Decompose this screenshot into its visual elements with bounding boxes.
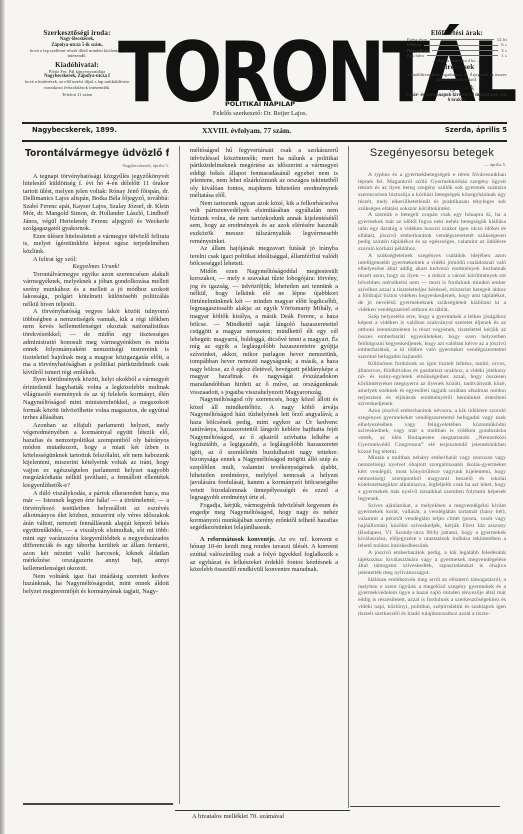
column-end-rule: [350, 806, 500, 807]
paragraph: Azon jószívű emberbarátok névsora, a kik…: [358, 408, 506, 455]
notice-paragraph: A reformátusok konventje. Az ev. ref. ko…: [190, 536, 338, 574]
article-column-2: méltóságod hű fegyvertársait csak a szok…: [190, 147, 338, 574]
column-divider: [179, 146, 180, 804]
paragraph: méltóságod hű fegyvertársait csak a szok…: [190, 147, 338, 200]
paragraph: Midőn ezen Nagyméltóságoddal megtestesül…: [190, 268, 338, 396]
paragraph: A szükségleteinek szegényes családok ide…: [358, 253, 506, 314]
paragraph: A jószívű emberbarátok pedig, a kik lega…: [358, 550, 506, 577]
editorial-office-heading: Szerkesztőségi iroda:: [22, 29, 132, 37]
supplement-note: A hivatalos melléklet 70. számával: [192, 813, 342, 820]
column-end-rule: [23, 803, 173, 805]
notice-title: A reformátusok konventje.: [200, 536, 276, 543]
editorial-note: hová a lap szellemi részét illető minden…: [22, 48, 132, 59]
paragraph: Szíves ajánlatokat, a melyekben a megven…: [358, 503, 506, 550]
newspaper-page: Szerkesztőségi iroda: Nagy-Becskerek, Zá…: [0, 0, 523, 834]
article-column-1: Torontálvármegye üdvözlő felirata. Nagyb…: [23, 147, 169, 595]
paragraph: Szép helyzetéin erre, hogy a gyermekek a…: [358, 314, 506, 361]
subscription-heading: Előfizetési árak:: [405, 29, 509, 37]
issue-date: Szerda, április 5: [445, 126, 507, 134]
volume-number: XXVIII. évfolyam. 77 szám.: [202, 126, 291, 135]
editorial-office-box: Szerkesztőségi iroda: Nagy-Becskerek, Zá…: [22, 29, 132, 97]
paragraph: Nem volnánk igaz fiai imádásig szeretett…: [23, 573, 169, 596]
paragraph: A szemük e betegeit csupán csak egy hóna…: [358, 212, 506, 253]
newspaper-subtitle: POLITIKAI NAPILAP: [150, 100, 370, 108]
article-column-3: Szegényesorsu betegek — április 5. A typ…: [358, 147, 506, 617]
ads-note: a kiadóhivatalban fogadtatnak el. Árjegy…: [405, 72, 509, 83]
dateline-rule: [22, 140, 507, 142]
paragraph: Ilyen körülmények között, helyi okokból …: [23, 376, 169, 421]
footer-rule: [175, 810, 350, 811]
page-edge-shadow: [0, 0, 5, 834]
publisher-note: hová a hirdetések, az előfizetési díjak …: [22, 79, 132, 90]
paragraph: A typhus és a gyermekbetegségek e téren …: [358, 172, 506, 213]
paragraph: Miután a multban nehány emberbarát vagy …: [358, 455, 506, 502]
phone-number: Telefon 11 szám: [22, 92, 132, 97]
paragraph: Hálásan emlékezvén meg arról az elismerő…: [358, 577, 506, 618]
paragraph: A tegnapi törvényhatósági közgyűlés jegy…: [23, 173, 169, 233]
paragraph: Az állam hajójának megzavart futását jó …: [190, 245, 338, 268]
article-dateline: Nagybecskerek, április 5.: [23, 162, 169, 170]
schedule-note: vasár- és ünnepnapok kivételével mindenn…: [405, 93, 509, 104]
paragraph: A felirat így szól:: [23, 256, 169, 264]
paragraph: Különösen fordulunk az igen tisztelt lel…: [358, 361, 506, 408]
paragraph: Nem tartozunk ugyan azok közé, kik a fel…: [190, 200, 338, 245]
column-divider: [348, 146, 349, 808]
article-dateline: — április 5.: [358, 162, 506, 169]
masthead-rule: [22, 122, 507, 124]
masthead: Szerkesztőségi iroda: Nagy-Becskerek, Zá…: [0, 0, 523, 122]
editor-line: Felelős szerkesztő: Dr. Reijer Lajos.: [150, 110, 370, 117]
salutation: Kegyelmes Urunk!: [23, 263, 169, 271]
subscription-box: Előfizetési árak: Egész évre12 frt Félév…: [405, 29, 509, 104]
paragraph: Fogadja, kérjük, vármegyénk üdvözlését k…: [190, 502, 338, 532]
paragraph: Azonban az elfajult parlamenti helyzet, …: [23, 422, 169, 490]
article-headline: Szegényesorsu betegek: [358, 147, 506, 160]
paragraph: Nagyméltóságod oly szerencsés, hogy köze…: [190, 396, 338, 502]
ads-heading: Hirdetések: [405, 63, 509, 71]
place-year: Nagybecskerek, 1899.: [32, 126, 117, 134]
paragraph: A dúló viszálykodás, a pártok elkeserede…: [23, 490, 169, 573]
article-headline: Torontálvármegye üdvözlő felirata.: [25, 147, 157, 160]
publisher-heading: Kiadóhivatal:: [22, 61, 132, 69]
paragraph: Ezen ülésen hitelesítetett a vármegye üd…: [23, 233, 169, 256]
schedule-heading: Megjelenik: [405, 84, 509, 93]
dateline: Nagybecskerek, 1899. XXVIII. évfolyam. 7…: [22, 126, 507, 138]
paragraph: A törvényhatóság vegyes lakói között tul…: [23, 308, 169, 376]
paragraph: Torontálvármegye egyike azon szerencsése…: [23, 271, 169, 309]
